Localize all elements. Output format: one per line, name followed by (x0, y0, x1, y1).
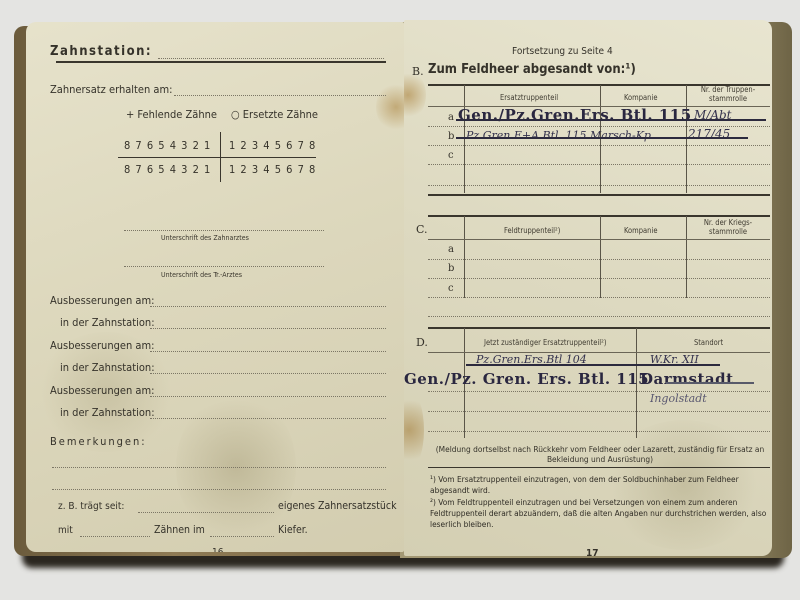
stain (404, 390, 424, 470)
doctor-signature-field[interactable] (124, 266, 324, 267)
section-b-row-b-unit: Pz.Gren.E+A Btl. 115 Marsch-Kp. (466, 129, 654, 142)
section-c-row-a-line[interactable] (428, 259, 770, 260)
section-b-row-extra-line[interactable] (428, 185, 770, 186)
repair-1-label: Ausbesserungen am: (50, 294, 154, 307)
page-right: Fortsetzung zu Seite 4 B. Zum Feldheer a… (404, 20, 772, 556)
teeth-upper-left: 8 7 6 5 4 3 2 1 (124, 139, 211, 152)
teeth-chart-vline (220, 132, 221, 182)
section-b-header-rollno: Nr. der Truppen-stammrolle (689, 85, 767, 103)
title-rule (56, 61, 386, 63)
section-b-letter: B. (412, 65, 424, 78)
remarks-label: Bemerkungen: (50, 435, 147, 448)
legend-replaced-teeth: ○ Ersetzte Zähne (231, 108, 318, 121)
repair-1-field[interactable] (150, 306, 386, 307)
section-c-row-a-label: a (448, 244, 454, 255)
legend-missing-teeth: + Fehlende Zähne (126, 108, 217, 121)
section-c-col-divider (686, 216, 687, 298)
section-b-header-unit: Ersatztruppenteil (500, 93, 558, 102)
section-b-row-b-line[interactable] (428, 145, 770, 146)
section-c-header-rollno: Nr. der Kriegs-stammrolle (689, 218, 767, 236)
section-d-header-unit: Jetzt zuständiger Ersatztruppenteil²) (484, 338, 606, 347)
repair-1-station-label: in der Zahnstation: (60, 316, 155, 329)
zahnstation-title: Zahnstation: (50, 44, 152, 59)
section-d-row-line[interactable] (428, 431, 770, 432)
section-c-row-extra-line[interactable] (428, 316, 770, 317)
section-c-header-company: Kompanie (624, 226, 657, 235)
dentist-signature-field[interactable] (124, 230, 324, 231)
stain (376, 82, 404, 132)
strikethrough-line (456, 137, 748, 139)
remarks-field-2[interactable] (52, 489, 386, 490)
repair-2-label: Ausbesserungen am: (50, 339, 154, 352)
section-c-top-rule (428, 215, 770, 217)
doctor-signature-label: Unterschrift des Tr.-Arztes (161, 271, 242, 279)
section-b-bottom-rule (428, 194, 770, 196)
section-c-letter: C. (416, 223, 428, 236)
section-d-top-rule (428, 327, 770, 329)
section-b-row-c-label: c (448, 150, 454, 161)
dentist-signature-label: Unterschrift des Zahnarztes (161, 234, 249, 242)
wears-since-field[interactable] (138, 512, 274, 513)
section-b-title: Zum Feldheer abgesandt von:¹) (428, 62, 636, 77)
teeth-count-field[interactable] (80, 536, 150, 537)
repair-2-station-field[interactable] (150, 373, 386, 374)
teeth-lower-right: 1 2 3 4 5 6 7 8 (229, 163, 316, 176)
section-d-header-location: Standort (694, 338, 723, 347)
repair-2-field[interactable] (150, 351, 386, 352)
section-b-row-c-line[interactable] (428, 164, 770, 165)
repair-3-field[interactable] (150, 396, 386, 397)
page-number-right: 17 (586, 548, 599, 556)
section-c-col-divider (464, 216, 465, 298)
section-c-row-c-label: c (448, 283, 454, 294)
section-d-unit-stamp: Gen./Pz. Gren. Ers. Btl. 115 (404, 370, 649, 388)
footnote-1: ¹) Vom Ersatztruppenteil einzutragen, vo… (430, 474, 770, 496)
own-denture-label: eigenes Zahnersatzstück (278, 500, 397, 512)
repair-3-label: Ausbesserungen am: (50, 384, 154, 397)
strikethrough-line (466, 364, 720, 366)
teeth-chart-hline (118, 157, 316, 158)
page-left: Zahnstation: Zahnersatz erhalten am: + F… (26, 22, 404, 552)
teeth-in-label: Zähnen im (154, 524, 205, 536)
section-d-note: (Meldung dortselbst nach Rückkehr vom Fe… (432, 444, 768, 464)
section-b-col-divider (464, 85, 465, 193)
continuation-heading: Fortsetzung zu Seite 4 (512, 46, 613, 57)
dotted-line (158, 58, 384, 59)
section-b-row-b-label: b (448, 131, 454, 142)
teeth-lower-left: 8 7 6 5 4 3 2 1 (124, 163, 211, 176)
section-d-letter: D. (416, 336, 428, 349)
page-number-left: 16 (212, 547, 223, 552)
jaw-label: Kiefer. (278, 524, 308, 536)
teeth-upper-right: 1 2 3 4 5 6 7 8 (229, 139, 316, 152)
jaw-field[interactable] (210, 536, 274, 537)
zahnersatz-label: Zahnersatz erhalten am: (50, 83, 172, 96)
section-c-row-b-line[interactable] (428, 278, 770, 279)
section-b-row-a-company: M/Abt (694, 108, 732, 122)
section-c-row-c-line[interactable] (428, 297, 770, 298)
strikethrough-line (666, 382, 754, 384)
section-b-row-a-unit-stamp: Gen./Pz.Gren.Ers. Btl. 115 (458, 106, 692, 124)
section-b-col-divider (686, 85, 687, 193)
repair-3-station-label: in der Zahnstation: (60, 406, 155, 419)
repair-1-station-field[interactable] (150, 328, 386, 329)
section-c-col-divider (600, 216, 601, 298)
wears-since-label: z. B. trägt seit: (58, 501, 124, 512)
section-d-location-stamp: Darmstadt (640, 370, 734, 388)
section-d-row-line[interactable] (428, 411, 770, 412)
section-b-header-company: Kompanie (624, 93, 657, 102)
section-d-handwritten-location: Ingolstadt (650, 392, 707, 405)
zahnersatz-field[interactable] (174, 95, 386, 96)
section-c-header-rule (428, 239, 770, 240)
footnote-rule (428, 467, 770, 468)
repair-3-station-field[interactable] (150, 418, 386, 419)
footnote-2: ²) Vom Feldtruppenteil einzutragen und b… (430, 497, 770, 530)
section-c-header-unit: Feldtruppenteil²) (504, 226, 560, 235)
section-b-row-a-label: a (448, 112, 454, 123)
remarks-field-1[interactable] (52, 467, 386, 468)
with-label: mit (58, 525, 73, 536)
section-c-row-b-label: b (448, 263, 454, 274)
repair-2-station-label: in der Zahnstation: (60, 361, 155, 374)
section-d-row-line[interactable] (428, 391, 770, 392)
section-b-row-b-rollno: 217/45 (688, 127, 730, 141)
